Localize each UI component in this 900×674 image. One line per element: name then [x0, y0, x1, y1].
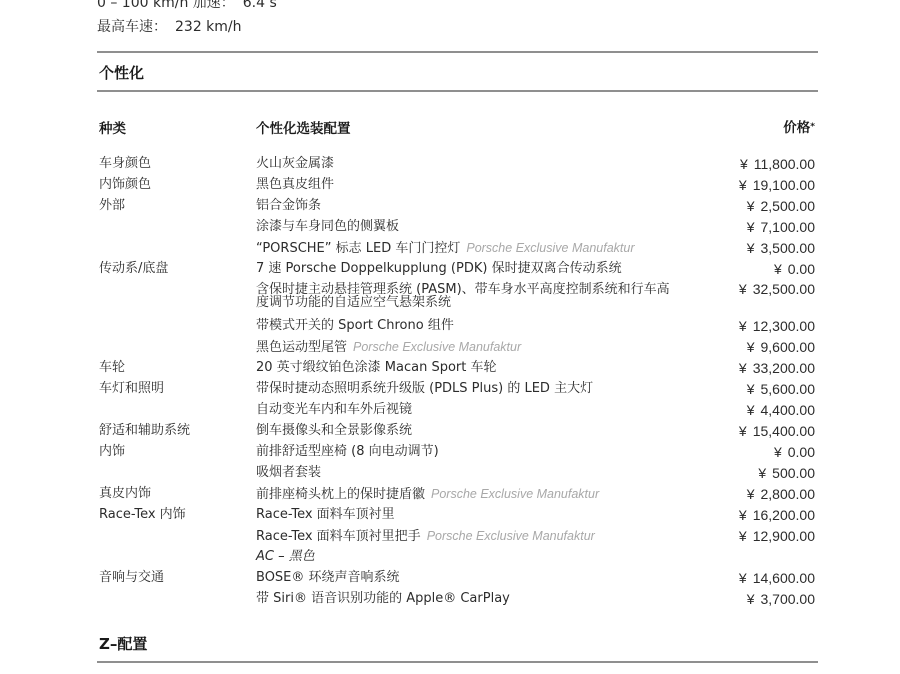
- row-option: 铝合金饰条: [256, 199, 686, 213]
- row-price-value: 32,500.00: [753, 281, 815, 297]
- currency-symbol: ¥: [739, 423, 747, 439]
- section-title-z-configuration: Z–配置: [99, 634, 147, 654]
- currency-symbol: ¥: [739, 360, 747, 376]
- spec-acceleration-label: 0 – 100 km/h 加速：: [97, 0, 235, 11]
- row-price: ¥33,200.00: [739, 361, 815, 375]
- row-option: 带保时捷动态照明系统升级版 (PDLS Plus) 的 LED 主大灯: [256, 382, 686, 396]
- row-option: AC – 黑色: [256, 550, 686, 564]
- currency-symbol: ¥: [747, 381, 755, 397]
- row-price-value: 9,600.00: [761, 339, 816, 355]
- row-price-value: 0.00: [788, 261, 815, 277]
- row-price: ¥0.00: [774, 262, 815, 276]
- row-option: 黑色真皮组件: [256, 178, 686, 192]
- currency-symbol: ¥: [740, 156, 748, 172]
- column-header-category: 种类: [99, 120, 126, 138]
- currency-symbol: ¥: [747, 486, 755, 502]
- row-option-text: 前排座椅头枕上的保时捷盾徽: [256, 487, 425, 502]
- column-header-price: 价格*: [783, 119, 815, 137]
- row-price-value: 5,600.00: [761, 381, 816, 397]
- row-price: ¥4,400.00: [747, 403, 815, 417]
- section-title-personalization: 个性化: [99, 63, 144, 83]
- section-divider-z: [97, 661, 818, 663]
- row-price-value: 14,600.00: [753, 570, 815, 586]
- row-price: ¥3,500.00: [747, 241, 815, 255]
- row-option: Race-Tex 面料车顶衬里把手Porsche Exclusive Manuf…: [256, 529, 686, 544]
- row-price-value: 3,700.00: [761, 591, 816, 607]
- row-price-value: 16,200.00: [753, 507, 815, 523]
- row-option: BOSE® 环绕声音响系统: [256, 571, 686, 585]
- row-price-value: 2,500.00: [761, 198, 816, 214]
- row-option: 黑色运动型尾管Porsche Exclusive Manufaktur: [256, 340, 686, 355]
- row-category: Race-Tex 内饰: [99, 508, 186, 522]
- currency-symbol: ¥: [747, 240, 755, 256]
- row-price: ¥2,800.00: [747, 487, 815, 501]
- row-price: ¥5,600.00: [747, 382, 815, 396]
- row-price-value: 2,800.00: [761, 486, 816, 502]
- currency-symbol: ¥: [739, 318, 747, 334]
- row-option: 含保时捷主动悬挂管理系统 (PASM)、带车身水平高度控制系统和行车高度调节功能…: [256, 283, 681, 309]
- row-price-value: 4,400.00: [761, 402, 816, 418]
- spec-acceleration: 0 – 100 km/h 加速：6.4 s: [97, 0, 277, 12]
- row-price: ¥12,900.00: [739, 529, 815, 543]
- currency-symbol: ¥: [739, 528, 747, 544]
- row-price: ¥32,500.00: [739, 283, 815, 296]
- row-price-value: 19,100.00: [753, 177, 815, 193]
- brand-tag: Porsche Exclusive Manufaktur: [466, 241, 634, 255]
- row-option: 带 Siri® 语音识别功能的 Apple® CarPlay: [256, 592, 686, 606]
- spec-top-speed-value: 232 km/h: [175, 19, 242, 35]
- currency-symbol: ¥: [774, 261, 782, 277]
- row-price-value: 15,400.00: [753, 423, 815, 439]
- row-option: 7 速 Porsche Doppelkupplung (PDK) 保时捷双离合传…: [256, 262, 686, 276]
- currency-symbol: ¥: [739, 507, 747, 523]
- row-category: 音响与交通: [99, 571, 164, 585]
- row-price: ¥3,700.00: [747, 592, 815, 606]
- row-option-text: 黑色运动型尾管: [256, 340, 347, 355]
- currency-symbol: ¥: [774, 444, 782, 460]
- row-category: 舒适和辅助系统: [99, 424, 190, 438]
- brand-tag: Porsche Exclusive Manufaktur: [353, 340, 521, 354]
- price-footnote-mark: *: [810, 122, 815, 132]
- row-price-value: 3,500.00: [761, 240, 816, 256]
- row-price: ¥11,800.00: [740, 157, 815, 171]
- row-price: ¥14,600.00: [739, 571, 815, 585]
- row-option: 倒车摄像头和全景影像系统: [256, 424, 686, 438]
- row-option: 前排座椅头枕上的保时捷盾徽Porsche Exclusive Manufaktu…: [256, 487, 686, 502]
- row-price-value: 12,900.00: [753, 528, 815, 544]
- row-category: 传动系/底盘: [99, 262, 168, 276]
- currency-symbol: ¥: [758, 465, 766, 481]
- spec-top-speed-label: 最高车速：: [97, 19, 167, 35]
- row-category: 车身颜色: [99, 157, 151, 171]
- row-price-value: 12,300.00: [753, 318, 815, 334]
- currency-symbol: ¥: [747, 591, 755, 607]
- row-price-value: 11,800.00: [754, 156, 815, 172]
- currency-symbol: ¥: [739, 570, 747, 586]
- row-price-value: 33,200.00: [753, 360, 815, 376]
- column-header-price-label: 价格: [783, 120, 810, 136]
- row-option: 涂漆与车身同色的侧翼板: [256, 220, 686, 234]
- row-price: ¥9,600.00: [747, 340, 815, 354]
- row-category: 车轮: [99, 361, 125, 375]
- row-category: 车灯和照明: [99, 382, 164, 396]
- row-option: 火山灰金属漆: [256, 157, 686, 171]
- brand-tag: Porsche Exclusive Manufaktur: [431, 487, 599, 501]
- row-category: 真皮内饰: [99, 487, 151, 501]
- column-header-option: 个性化选装配置: [256, 120, 351, 138]
- brand-tag: Porsche Exclusive Manufaktur: [427, 529, 595, 543]
- row-option: 自动变光车内和车外后视镜: [256, 403, 686, 417]
- row-option: 20 英寸缎纹铂色涂漆 Macan Sport 车轮: [256, 361, 686, 375]
- section-divider-top: [97, 51, 818, 53]
- currency-symbol: ¥: [747, 198, 755, 214]
- spec-acceleration-value: 6.4 s: [243, 0, 277, 11]
- row-price: ¥12,300.00: [739, 319, 815, 333]
- row-price-value: 500.00: [772, 465, 815, 481]
- currency-symbol: ¥: [739, 177, 747, 193]
- row-option-text: “PORSCHE” 标志 LED 车门门控灯: [256, 241, 460, 256]
- row-option: Race-Tex 面料车顶衬里: [256, 508, 686, 522]
- row-price: ¥7,100.00: [747, 220, 815, 234]
- currency-symbol: ¥: [747, 219, 755, 235]
- row-price: ¥19,100.00: [739, 178, 815, 192]
- row-price-value: 7,100.00: [761, 219, 816, 235]
- row-price: ¥0.00: [774, 445, 815, 459]
- row-option: 带模式开关的 Sport Chrono 组件: [256, 319, 686, 333]
- row-category: 外部: [99, 199, 125, 213]
- row-price-value: 0.00: [788, 444, 815, 460]
- row-price: ¥2,500.00: [747, 199, 815, 213]
- currency-symbol: ¥: [747, 339, 755, 355]
- row-option: 吸烟者套装: [256, 466, 686, 480]
- row-price: ¥16,200.00: [739, 508, 815, 522]
- row-price: ¥500.00: [758, 466, 815, 480]
- section-divider-bottom: [97, 90, 818, 92]
- spec-top-speed: 最高车速：232 km/h: [97, 18, 242, 36]
- row-option: “PORSCHE” 标志 LED 车门门控灯Porsche Exclusive …: [256, 241, 686, 256]
- row-category: 内饰颜色: [99, 178, 151, 192]
- row-price: ¥15,400.00: [739, 424, 815, 438]
- row-option: 前排舒适型座椅 (8 向电动调节): [256, 445, 686, 459]
- currency-symbol: ¥: [739, 281, 747, 297]
- row-category: 内饰: [99, 445, 125, 459]
- currency-symbol: ¥: [747, 402, 755, 418]
- row-option-text: Race-Tex 面料车顶衬里把手: [256, 529, 421, 544]
